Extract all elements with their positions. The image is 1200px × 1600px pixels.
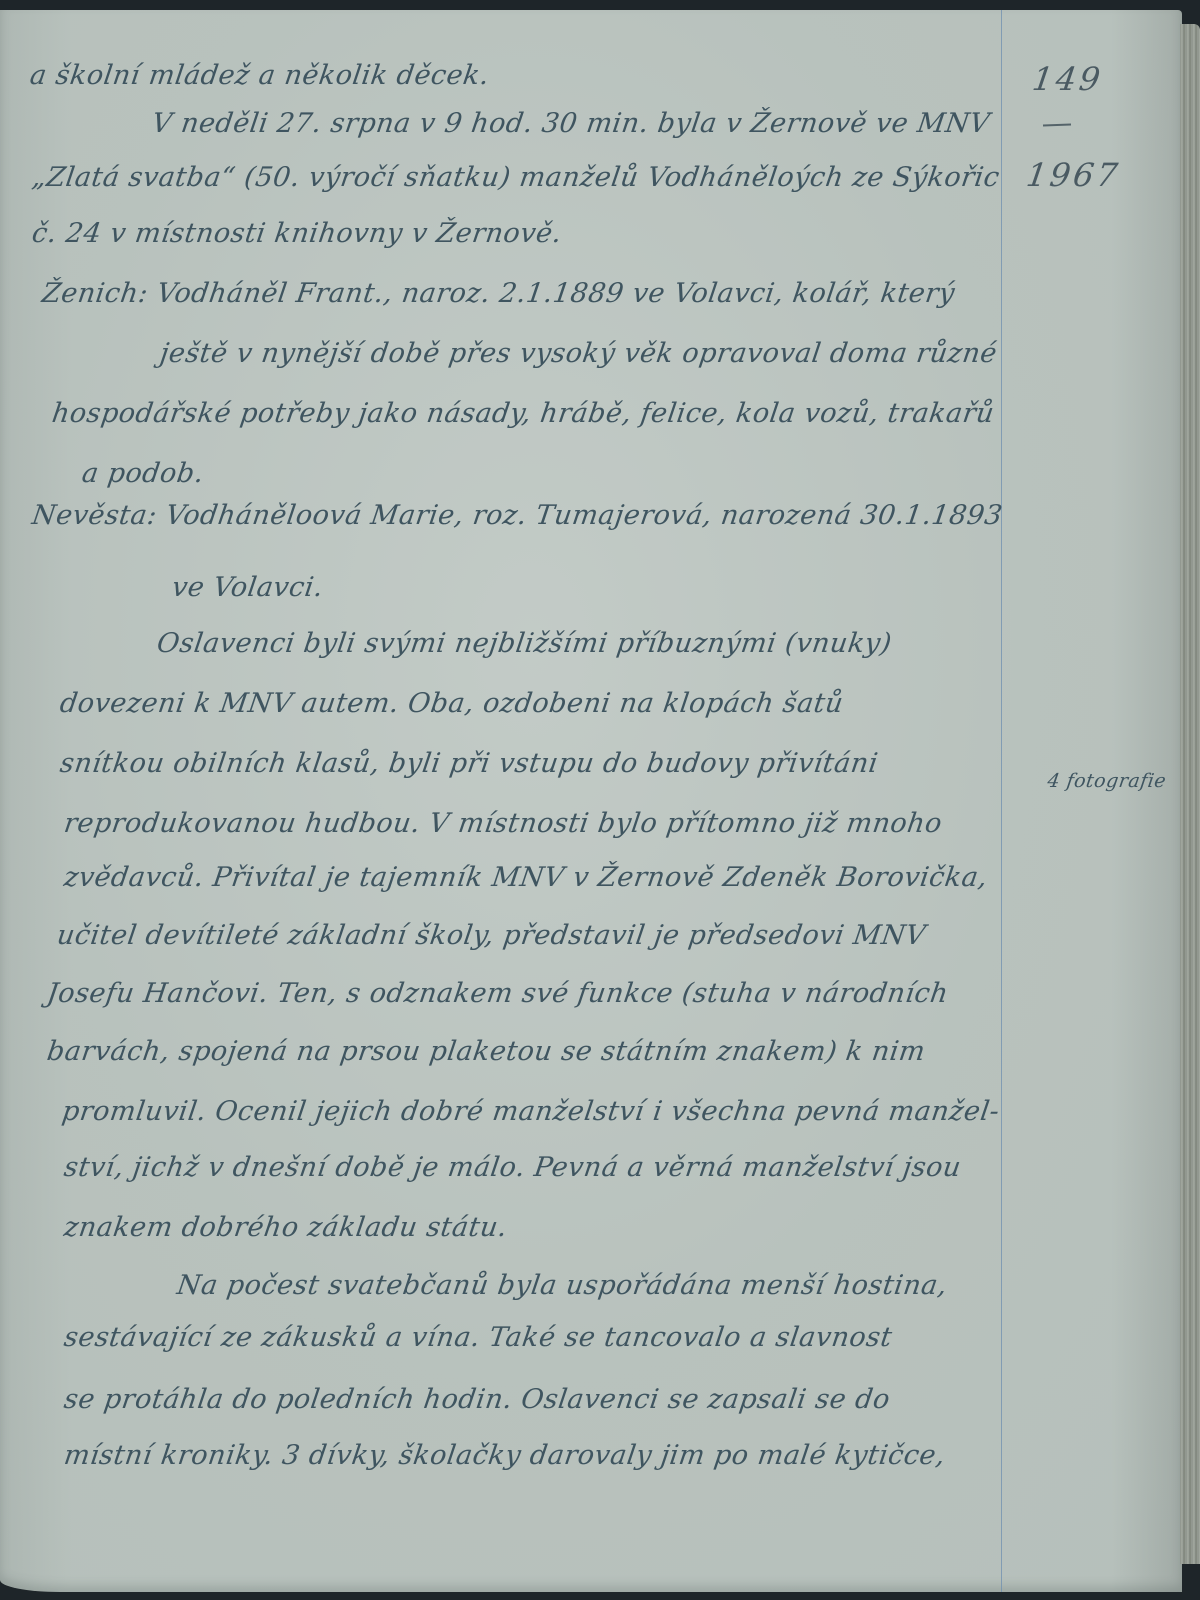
text-line: Nevěsta: Vodháněloová Marie, roz. Tumaje… bbox=[30, 500, 1005, 531]
margin-rule-line bbox=[1001, 10, 1002, 1592]
text-line: snítkou obilních klasů, byli při vstupu … bbox=[58, 748, 880, 779]
text-line: Ženich: Vodháněl Frant., naroz. 2.1.1889… bbox=[40, 278, 957, 309]
text-line: sestávající ze zákusků a vína. Také se t… bbox=[62, 1322, 894, 1353]
text-line: hospodářské potřeby jako násady, hrábě, … bbox=[50, 398, 996, 429]
text-line: ještě v nynější době přes vysoký věk opr… bbox=[158, 338, 999, 369]
text-line: Josefu Hančovi. Ten, s odznakem své funk… bbox=[45, 978, 950, 1009]
margin-note-photos: 4 fotografie bbox=[1046, 770, 1168, 792]
text-line: č. 24 v místnosti knihovny v Žernově. bbox=[30, 218, 564, 249]
text-line: znakem dobrého základu státu. bbox=[62, 1212, 509, 1243]
text-line: a školní mládež a několik děcek. bbox=[28, 60, 491, 91]
text-line: místní kroniky. 3 dívky, školačky darova… bbox=[62, 1440, 947, 1471]
text-line: „Zlatá svatba“ (50. výročí sňatku) manže… bbox=[30, 162, 1002, 193]
text-line: ství, jichž v dnešní době je málo. Pevná… bbox=[62, 1152, 963, 1183]
text-line: Oslavenci byli svými nejbližšími příbuzn… bbox=[155, 628, 894, 659]
year-label: 1967 bbox=[1024, 156, 1123, 194]
text-line: Na počest svatebčanů byla uspořádána men… bbox=[175, 1270, 949, 1301]
page-number: 149 bbox=[1030, 60, 1105, 98]
book-page-edges bbox=[1180, 24, 1200, 1564]
text-line: dovezeni k MNV autem. Oba, ozdobeni na k… bbox=[58, 688, 845, 719]
text-line: a podob. bbox=[80, 458, 206, 489]
text-line: ve Volavci. bbox=[170, 572, 325, 603]
text-line: promluvil. Ocenil jejich dobré manželstv… bbox=[60, 1096, 1001, 1127]
scanned-document: 149 1967 4 fotografie a školní mládež a … bbox=[0, 0, 1200, 1600]
text-line: učitel devítileté základní školy, předst… bbox=[55, 920, 928, 951]
text-line: zvědavců. Přivítal je tajemník MNV v Žer… bbox=[62, 862, 990, 893]
text-line: reprodukovanou hudbou. V místnosti bylo … bbox=[62, 808, 944, 839]
text-line: barvách, spojená na prsou plaketou se st… bbox=[45, 1036, 927, 1067]
text-line: se protáhla do poledních hodin. Oslavenc… bbox=[62, 1384, 892, 1415]
text-line: V neděli 27. srpna v 9 hod. 30 min. byla… bbox=[150, 108, 992, 139]
